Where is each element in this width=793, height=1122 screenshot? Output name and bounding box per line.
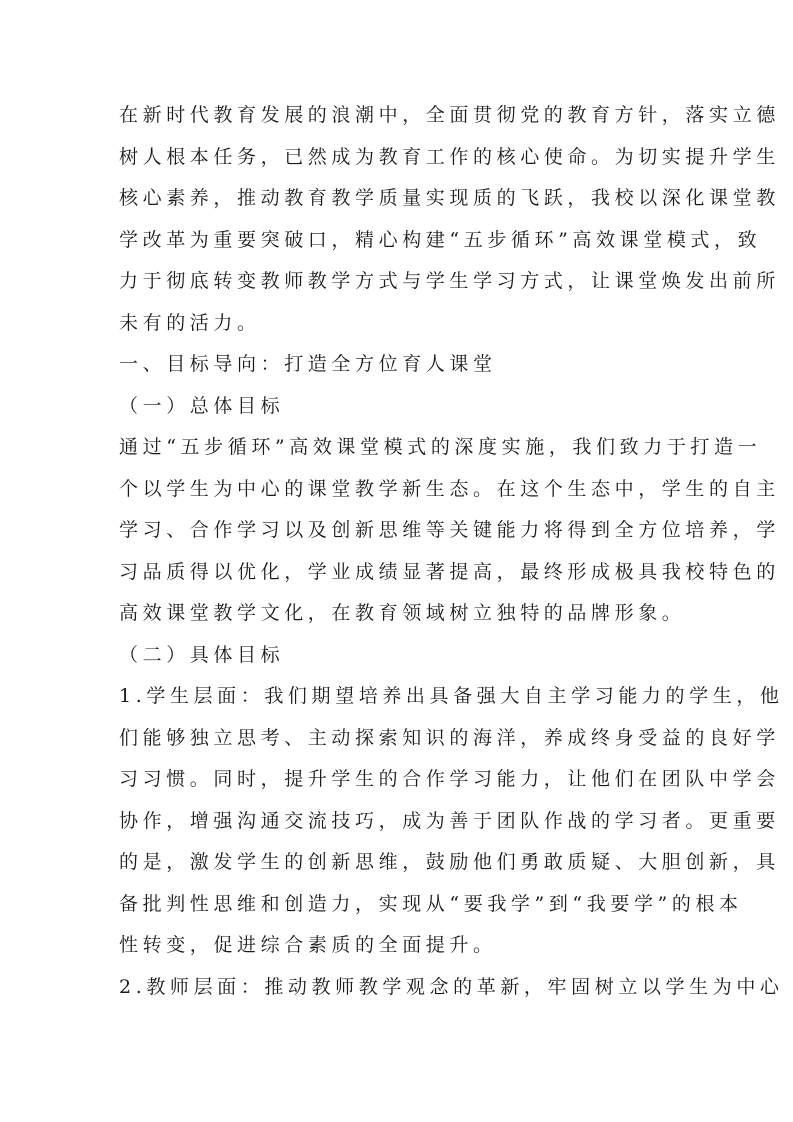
intro-paragraph-line: 学改革为重要突破口，精心构建“五步循环”高效课堂模式，致 bbox=[119, 220, 679, 262]
overall-goal-paragraph-line: 习品质得以优化，学业成绩显著提高，最终形成极具我校特色的 bbox=[119, 552, 679, 594]
intro-paragraph-line: 未有的活力。 bbox=[119, 303, 679, 345]
overall-goal-paragraph-line: 个以学生为中心的课堂教学新生态。在这个生态中，学生的自主 bbox=[119, 469, 679, 511]
student-level-paragraph-line: 性转变，促进综合素质的全面提升。 bbox=[119, 925, 679, 967]
subsection-heading-specific-goals: （二）具体目标 bbox=[119, 635, 679, 677]
document-body: 在新时代教育发展的浪潮中，全面贯彻党的教育方针，落实立德 树人根本任务，已然成为… bbox=[119, 95, 679, 1008]
subsection-heading-overall-goal: （一）总体目标 bbox=[119, 386, 679, 428]
student-level-paragraph-line: 的是，激发学生的创新思维，鼓励他们勇敢质疑、大胆创新，具 bbox=[119, 842, 679, 884]
intro-paragraph-line: 核心素养，推动教育教学质量实现质的飞跃，我校以深化课堂教 bbox=[119, 178, 679, 220]
section-heading: 一、目标导向：打造全方位育人课堂 bbox=[119, 344, 679, 386]
teacher-level-paragraph-line: 2.教师层面：推动教师教学观念的革新，牢固树立以学生为中心 bbox=[119, 967, 679, 1009]
document-page: 在新时代教育发展的浪潮中，全面贯彻党的教育方针，落实立德 树人根本任务，已然成为… bbox=[0, 0, 793, 1122]
overall-goal-paragraph-line: 高效课堂教学文化，在教育领域树立独特的品牌形象。 bbox=[119, 593, 679, 635]
intro-paragraph-line: 力于彻底转变教师教学方式与学生学习方式，让课堂焕发出前所 bbox=[119, 261, 679, 303]
overall-goal-paragraph-line: 通过“五步循环”高效课堂模式的深度实施，我们致力于打造一 bbox=[119, 427, 679, 469]
student-level-paragraph-line: 1.学生层面：我们期望培养出具备强大自主学习能力的学生，他 bbox=[119, 676, 679, 718]
student-level-paragraph-line: 习习惯。同时，提升学生的合作学习能力，让他们在团队中学会 bbox=[119, 759, 679, 801]
student-level-paragraph-line: 们能够独立思考、主动探索知识的海洋，养成终身受益的良好学 bbox=[119, 718, 679, 760]
student-level-paragraph-line: 协作，增强沟通交流技巧，成为善于团队作战的学习者。更重要 bbox=[119, 801, 679, 843]
intro-paragraph-line: 树人根本任务，已然成为教育工作的核心使命。为切实提升学生 bbox=[119, 137, 679, 179]
overall-goal-paragraph-line: 学习、合作学习以及创新思维等关键能力将得到全方位培养，学 bbox=[119, 510, 679, 552]
intro-paragraph-line: 在新时代教育发展的浪潮中，全面贯彻党的教育方针，落实立德 bbox=[119, 95, 679, 137]
student-level-paragraph-line: 备批判性思维和创造力，实现从“要我学”到“我要学”的根本 bbox=[119, 884, 679, 926]
